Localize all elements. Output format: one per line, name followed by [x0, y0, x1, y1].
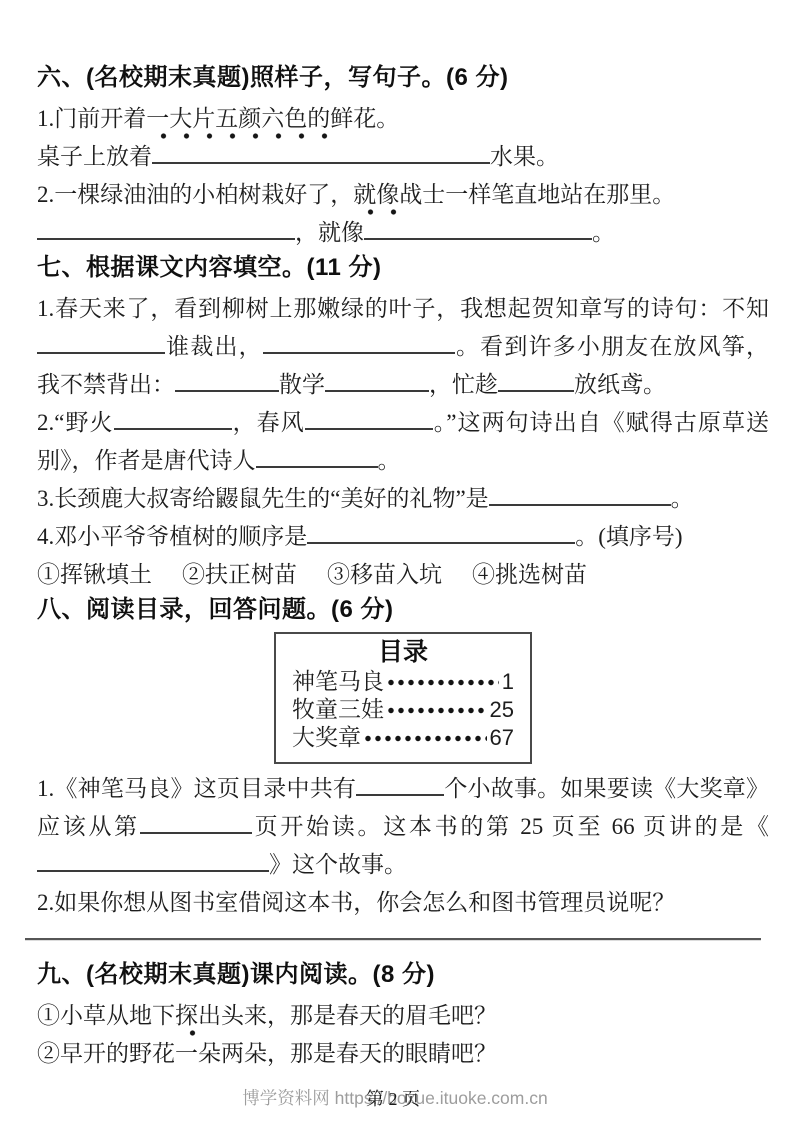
- six-q1-fill-line: 桌子上放着水果。: [37, 138, 769, 176]
- toc-entry-title: 神笔马良: [292, 668, 384, 696]
- answer-blank: [256, 444, 378, 468]
- eight-q2: 2.如果你想从图书室借阅这本书，你会怎么和图书管理员说呢？: [37, 884, 769, 922]
- answer-blank: [37, 330, 165, 354]
- option-item: ④挑选树苗: [472, 562, 587, 587]
- six-q2-example-sentence: 2.一棵绿油油的小柏树栽好了，就像战士一样笔直地站在那里。: [37, 176, 769, 214]
- seven-q2: 2.“野火，春风。”这两句诗出自《赋得古原草送别》，作者是唐代诗人。: [37, 404, 769, 480]
- answer-blank: [152, 140, 490, 164]
- answer-blank: [325, 368, 429, 392]
- section-divider: [25, 938, 761, 941]
- answer-blank: [489, 482, 671, 506]
- emphasized-text: 探: [175, 1003, 198, 1036]
- option-item: ③移苗入坑: [327, 562, 442, 587]
- seven-q3: 3.长颈鹿大叔寄给鼹鼠先生的“美好的礼物”是。: [37, 480, 769, 518]
- exam-page: 六、(名校期末真题)照样子，写句子。(6 分) 1.门前开着一大片五颜六色的鲜花…: [0, 0, 793, 1122]
- answer-blank: [114, 406, 232, 430]
- toc-entry-page: 67: [490, 724, 514, 752]
- six-q1-example-sentence: 1.门前开着一大片五颜六色的鲜花。: [37, 100, 769, 138]
- q-text: 4.邓小平爷爷植树的顺序是: [37, 524, 307, 549]
- q-text: ①小草从地下: [37, 1003, 175, 1028]
- q-text: 1.《神笔马良》这页目录中共有: [37, 776, 356, 801]
- q-text: ，忙趁: [429, 372, 498, 397]
- toc-entry-page: 25: [490, 696, 514, 724]
- answer-blank: [307, 520, 575, 544]
- eight-q1: 1.《神笔马良》这页目录中共有个小故事。如果要读《大奖章》应该从第页开始读。这本…: [37, 770, 769, 884]
- q-text: 3.长颈鹿大叔寄给鼹鼠先生的“美好的礼物”是: [37, 486, 489, 511]
- q-text: 放纸鸢。: [574, 372, 666, 397]
- q-text: 水果。: [490, 144, 559, 169]
- q-text: 谁裁出，: [165, 334, 263, 359]
- q-text: 桌子上放着: [37, 144, 152, 169]
- q-text: 。: [592, 220, 615, 245]
- q-text: 页开始读。这本书的第 25 页至 66 页讲的是《: [252, 814, 769, 839]
- q-text: 。: [671, 486, 694, 511]
- q-text: 鲜花。: [330, 106, 399, 131]
- q-text: 2.一棵绿油油的小柏树栽好了，: [37, 182, 353, 207]
- answer-blank: [364, 216, 592, 240]
- toc-entry: 大奖章67: [292, 724, 514, 752]
- page-footer: 博学资料网 https://boxue.ituoke.com.cn 第 2 页: [37, 1083, 769, 1111]
- seven-q1: 1.春天来了，看到柳树上那嫩绿的叶子，我想起贺知章写的诗句：不知谁裁出，。看到许…: [37, 290, 769, 404]
- table-of-contents-box: 目录 神笔马良1 牧童三娃25 大奖章67: [274, 632, 532, 764]
- q-text: 。: [378, 448, 401, 473]
- toc-entry-title: 大奖章: [292, 724, 361, 752]
- q-text: 1.春天来了，看到柳树上那嫩绿的叶子，我想起贺知章写的诗句：不知: [37, 296, 769, 321]
- section-six-heading: 六、(名校期末真题)照样子，写句子。(6 分): [37, 62, 769, 94]
- toc-entry-page: 1: [502, 668, 514, 696]
- answer-blank: [140, 810, 252, 834]
- q-text: 》这个故事。: [269, 852, 407, 877]
- q-text: 出头来，那是春天的眉毛吧？: [198, 1003, 497, 1028]
- q-text: ，春风: [232, 410, 305, 435]
- q-text: 战士一样笔直地站在那里。: [399, 182, 675, 207]
- answer-blank: [175, 368, 279, 392]
- q-text: 1.门前开着: [37, 106, 146, 131]
- six-q2-fill-line: ，就像。: [37, 214, 769, 252]
- dot-leader: [387, 707, 487, 714]
- section-nine-heading: 九、(名校期末真题)课内阅读。(8 分): [37, 959, 769, 991]
- dot-leader: [364, 735, 487, 742]
- emphasized-text: 就像: [353, 182, 399, 215]
- answer-blank: [37, 848, 269, 872]
- answer-blank: [263, 330, 455, 354]
- answer-blank: [498, 368, 574, 392]
- option-item: ①挥锹填土: [37, 562, 152, 587]
- section-eight: 八、阅读目录，回答问题。(6 分) 目录 神笔马良1 牧童三娃25 大奖章67 …: [37, 594, 769, 922]
- nine-line-1: ①小草从地下探出头来，那是春天的眉毛吧？: [37, 997, 769, 1035]
- option-item: ②扶正树苗: [182, 562, 297, 587]
- q-text: ，就像: [295, 220, 364, 245]
- section-six: 六、(名校期末真题)照样子，写句子。(6 分) 1.门前开着一大片五颜六色的鲜花…: [37, 62, 769, 252]
- dot-leader: [387, 679, 499, 686]
- q-text: 散学: [279, 372, 325, 397]
- toc-entry: 牧童三娃25: [292, 696, 514, 724]
- answer-blank: [356, 772, 444, 796]
- section-seven: 七、根据课文内容填空。(11 分) 1.春天来了，看到柳树上那嫩绿的叶子，我想起…: [37, 252, 769, 594]
- seven-q4: 4.邓小平爷爷植树的顺序是。(填序号): [37, 518, 769, 556]
- emphasized-text: 一大片五颜六色的: [146, 106, 330, 139]
- toc-title: 目录: [292, 636, 514, 668]
- section-eight-heading: 八、阅读目录，回答问题。(6 分): [37, 594, 769, 626]
- section-seven-heading: 七、根据课文内容填空。(11 分): [37, 252, 769, 284]
- answer-blank: [37, 216, 295, 240]
- page-number: 第 2 页: [37, 1085, 749, 1111]
- seven-q4-options: ①挥锹填土②扶正树苗③移苗入坑④挑选树苗: [37, 556, 769, 594]
- toc-entry-title: 牧童三娃: [292, 696, 384, 724]
- q-text: 2.“野火: [37, 410, 114, 435]
- q-text: 。(填序号): [575, 524, 682, 549]
- toc-entry: 神笔马良1: [292, 668, 514, 696]
- answer-blank: [305, 406, 433, 430]
- section-nine: 九、(名校期末真题)课内阅读。(8 分) ①小草从地下探出头来，那是春天的眉毛吧…: [37, 959, 769, 1073]
- nine-line-2: ②早开的野花一朵两朵，那是春天的眼睛吧？: [37, 1035, 769, 1073]
